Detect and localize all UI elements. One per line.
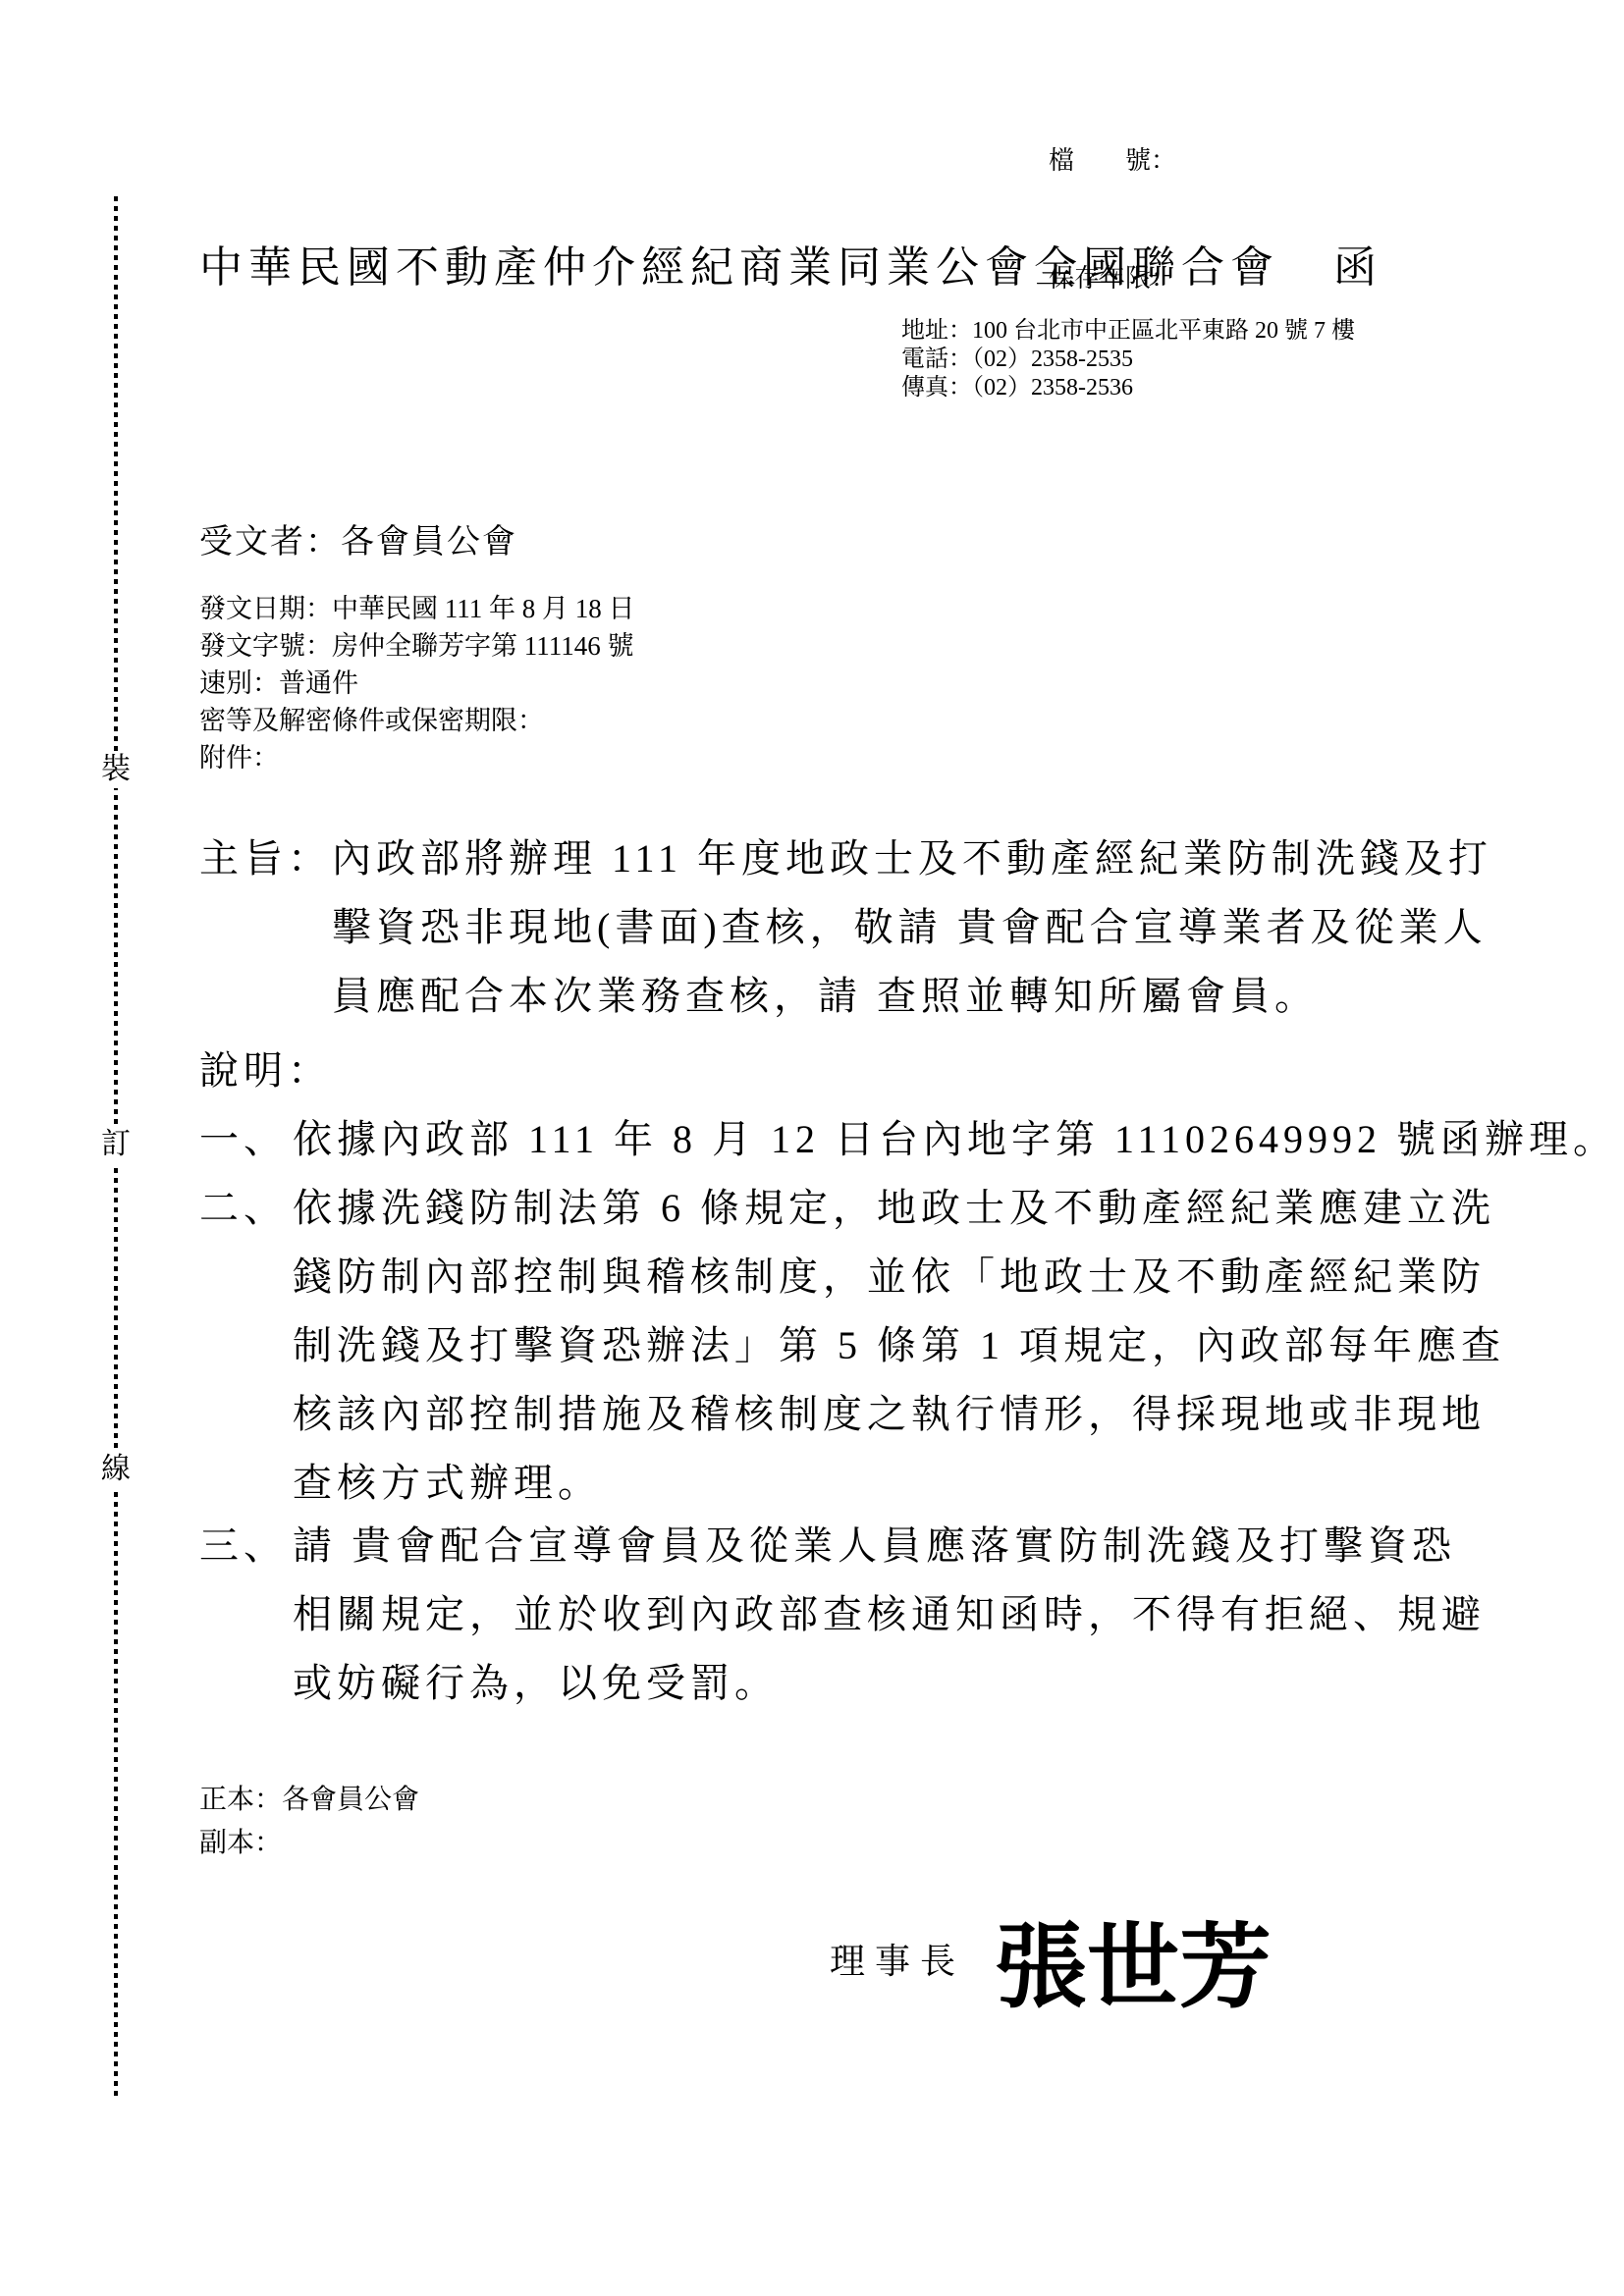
contact-block: 地址：100 台北市中正區北平東路 20 號 7 樓 電話：（02）2358-2… [901,317,1355,402]
fax-line: 傳真：（02）2358-2536 [901,374,1355,402]
organization-name: 中華民國不動產仲介經紀商業同業公會全國聯合會 [199,243,1279,292]
item-number: 二、 [199,1174,293,1518]
item-line: 請 貴會配合宣導會員及從業人員應落實防制洗錢及打擊資恐 [293,1512,1486,1580]
binding-mark-ding: 訂 [101,1126,131,1163]
item-text: 依據內政部 111 年 8 月 12 日台內地字第 11102649992 號函… [293,1105,1617,1174]
explanation-label: 說明： [199,1037,332,1105]
original-copy-line: 正本：各會員公會 [199,1779,419,1822]
document-title: 中華民國不動產仲介經紀商業同業公會全國聯合會函 [199,232,1382,294]
phone-line: 電話：（02）2358-2535 [901,346,1355,374]
item-number: 一、 [199,1105,293,1174]
file-number-label: 檔 號： [1049,141,1176,181]
recipient-value: 各會員公會 [341,524,517,561]
security-class-line: 密等及解密條件或保密期限： [199,702,635,739]
item-line: 核該內部控制措施及稽核制度之執行情形，得採現地或非現地 [293,1380,1505,1449]
recipient-line: 受文者：各會員公會 [199,514,517,562]
duplicate-copy-line: 副本： [199,1822,419,1865]
recipient-label: 受文者： [199,524,341,561]
explanation-item-2: 二、 依據洗錢防制法第 6 條規定，地政士及不動產經紀業應建立洗 錢防制內部控制… [199,1174,1505,1518]
subject-section: 主旨： 內政部將辦理 111 年度地政士及不動產經紀業防制洗錢及打 擊資恐非現地… [199,825,1492,1031]
issue-date-line: 發文日期：中華民國 111 年 8 月 18 日 [199,590,635,627]
attachment-line: 附件： [199,739,635,776]
item-line: 制洗錢及打擊資恐辦法」第 5 條第 1 項規定，內政部每年應查 [293,1311,1505,1380]
subject-line: 員應配合本次業務查核，請 查照並轉知所屬會員。 [332,962,1492,1031]
speed-class-line: 速別：普通件 [199,665,635,702]
subject-text: 內政部將辦理 111 年度地政士及不動產經紀業防制洗錢及打 擊資恐非現地(書面)… [332,825,1492,1031]
item-text: 請 貴會配合宣導會員及從業人員應落實防制洗錢及打擊資恐 相關規定，並於收到內政部… [293,1512,1486,1718]
issue-number-line: 發文字號：房仲全聯芳字第 111146 號 [199,627,635,665]
item-line: 或妨礙行為，以免受罰。 [293,1649,1486,1718]
item-number: 三、 [199,1512,293,1718]
binding-mark-xian: 線 [101,1451,131,1488]
explanation-item-3: 三、 請 貴會配合宣導會員及從業人員應落實防制洗錢及打擊資恐 相關規定，並於收到… [199,1512,1486,1718]
issuance-info-block: 發文日期：中華民國 111 年 8 月 18 日 發文字號：房仲全聯芳字第 11… [199,590,635,776]
official-letter-page: 裝 訂 線 檔 號： 保存年限： 中華民國不動產仲介經紀商業同業公會全國聯合會函… [0,0,1624,2296]
address-line: 地址：100 台北市中正區北平東路 20 號 7 樓 [901,317,1355,346]
signature-block: 理事長 張世芳 [830,1890,1272,2027]
explanation-item-1: 一、 依據內政部 111 年 8 月 12 日台內地字第 11102649992… [199,1105,1617,1174]
item-line: 查核方式辦理。 [293,1449,1505,1518]
item-text: 依據洗錢防制法第 6 條規定，地政士及不動產經紀業應建立洗 錢防制內部控制與稽核… [293,1174,1505,1518]
signer-title: 理事長 [830,1934,965,1984]
signer-name: 張世芳 [995,1893,1272,2025]
subject-line: 內政部將辦理 111 年度地政士及不動產經紀業防制洗錢及打 [332,825,1492,893]
subject-line: 擊資恐非現地(書面)查核，敬請 貴會配合宣導業者及從業人 [332,893,1492,962]
binding-mark-zhuang: 裝 [101,751,131,788]
distribution-block: 正本：各會員公會 副本： [199,1779,419,1865]
item-line: 依據內政部 111 年 8 月 12 日台內地字第 11102649992 號函… [293,1105,1617,1174]
subject-label: 主旨： [199,825,332,1031]
item-line: 相關規定，並於收到內政部查核通知函時，不得有拒絕、規避 [293,1580,1486,1649]
item-line: 依據洗錢防制法第 6 條規定，地政士及不動產經紀業應建立洗 [293,1174,1505,1243]
document-type: 函 [1333,243,1382,292]
item-line: 錢防制內部控制與稽核制度，並依「地政士及不動產經紀業防 [293,1243,1505,1311]
